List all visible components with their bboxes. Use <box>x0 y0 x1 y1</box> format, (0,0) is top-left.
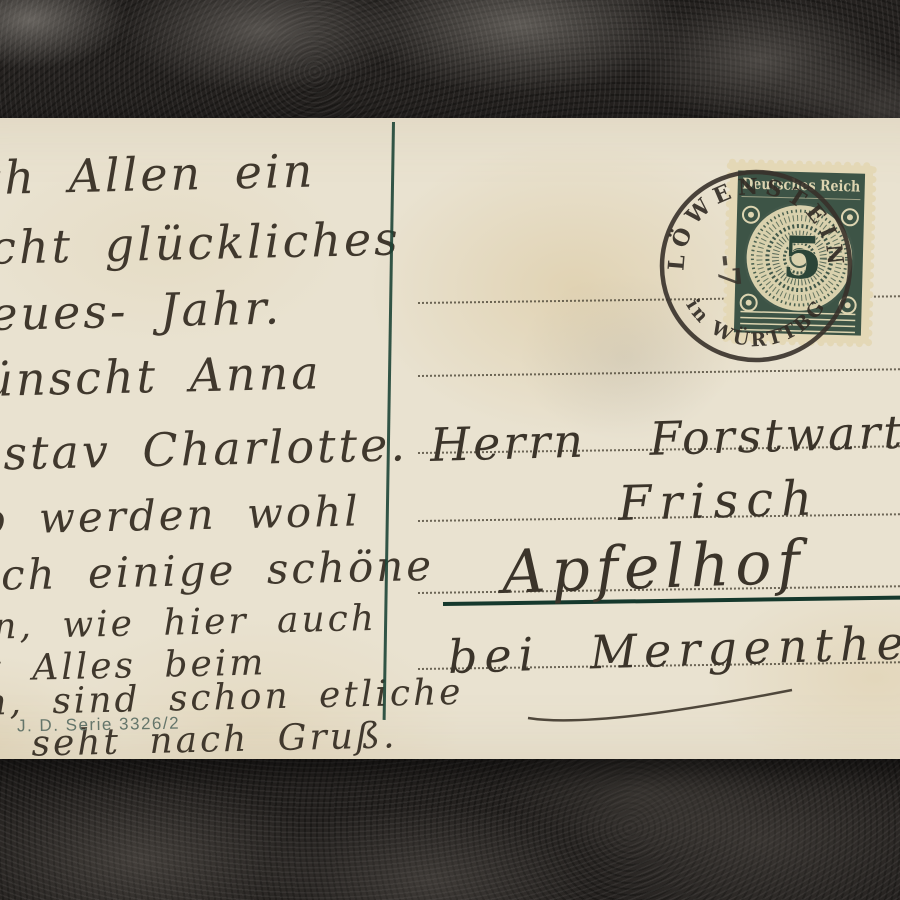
address-surname: Frisch <box>617 470 821 532</box>
svg-text:∗LÖWENSTEIN∗: ∗LÖWENSTEIN∗ <box>650 162 849 272</box>
message-line: Wo werden wohl <box>0 486 361 545</box>
message-line: wünscht Anna <box>0 345 322 408</box>
address-town: bei Mergentheim <box>447 613 900 684</box>
postcard: uch Allen ein recht glückliches Neues- J… <box>0 118 900 759</box>
message-line: auch einige schöne <box>0 541 435 601</box>
postmark-date: -7 <box>708 253 746 290</box>
message-line: Neues- Jahr. <box>0 280 283 342</box>
underline-flourish <box>520 676 800 731</box>
message-line: Gustav Charlotte. <box>0 417 408 482</box>
message-line: uch Allen ein <box>0 144 316 206</box>
stone-background: uch Allen ein recht glückliches Neues- J… <box>0 0 900 900</box>
address-recipient: Herrn Forstwart <box>429 405 900 472</box>
postmark-town-text: ∗LÖWENSTEIN∗ <box>650 162 849 272</box>
message-line: sein, wie hier auch <box>0 598 377 649</box>
message-line: recht glückliches <box>0 211 401 276</box>
series-imprint: J. D. Serie 3326/2 <box>17 714 180 737</box>
postmark: ∗LÖWENSTEIN∗ in WÜRTTBG -7 <box>650 162 862 374</box>
address-place: Apfelhof <box>501 527 807 608</box>
